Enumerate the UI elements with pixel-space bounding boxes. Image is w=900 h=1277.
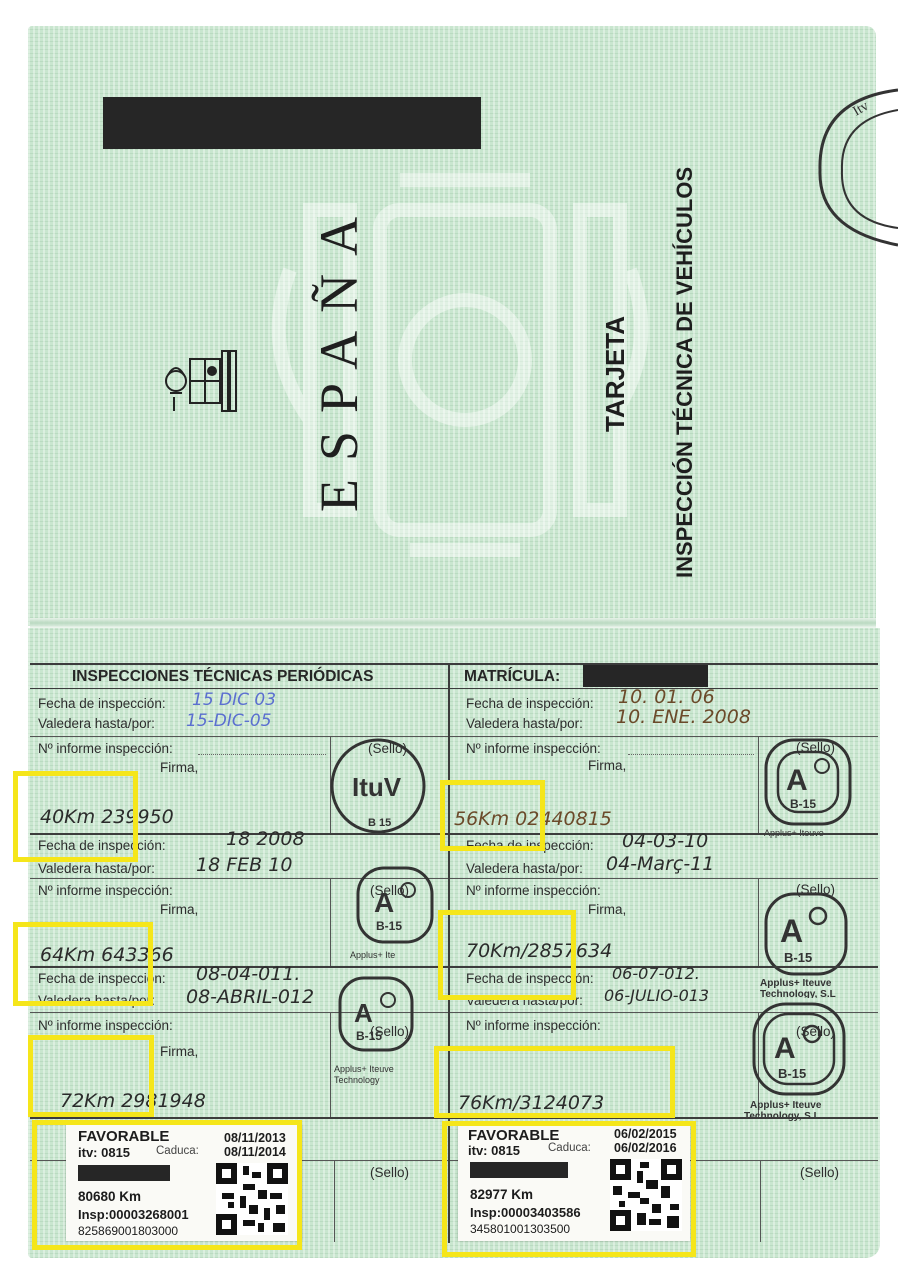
report-number-label: Nº informe inspección: [38, 1018, 173, 1033]
valid-until-value: 15-DIC-05 [186, 711, 272, 731]
periodic-inspections-header: INSPECCIONES TÉCNICAS PERIÓDICAS [72, 668, 373, 686]
report-number-label: Nº informe inspección: [466, 741, 601, 756]
applus-seal-stamp-icon: A B-15 Applus+ Iteuve [760, 732, 860, 842]
svg-text:Applus+ Ite: Applus+ Ite [350, 950, 395, 960]
plate-label: MATRÍCULA: [464, 668, 560, 686]
redacted-plate-number [583, 665, 708, 687]
applus-seal-stamp-icon: A B-15 Applus+ Iteuve Technology, S.L [740, 998, 864, 1122]
highlight-mileage-box [28, 1035, 154, 1117]
inspection-date-value: 06-07-012. [612, 964, 700, 983]
signature-label: Firma, [160, 760, 198, 775]
dotted-leader [628, 754, 754, 755]
highlight-mileage-box [13, 922, 153, 1006]
svg-text:A: A [354, 998, 373, 1028]
svg-text:ItuV: ItuV [352, 772, 402, 802]
valid-until-value: 06-JULIO-013 [604, 986, 709, 1005]
report-number-label: Nº informe inspección: [38, 741, 173, 756]
highlight-sticker-box [32, 1120, 302, 1250]
card-subtitle: TARJETA [600, 316, 631, 432]
svg-text:A: A [774, 1032, 796, 1065]
svg-text:A: A [374, 887, 394, 918]
inspection-date-value: 18 2008 [226, 828, 305, 850]
seal-label: (Sello) [800, 1165, 839, 1180]
coat-of-arms-icon [160, 345, 242, 417]
svg-text:Applus+ Iteuve: Applus+ Iteuve [334, 1064, 394, 1074]
valid-until-label: Valedera hasta/por: [38, 716, 155, 731]
highlight-mileage-box [438, 910, 576, 1000]
inspection-date-value: 04-03-10 [622, 830, 708, 852]
valid-until-label: Valedera hasta/por: [466, 716, 583, 731]
grid-line [760, 1160, 761, 1242]
highlight-mileage-box [13, 771, 138, 862]
signature-label: Firma, [588, 758, 626, 773]
grid-line [30, 688, 878, 689]
inspection-date-value: 15 DIC 03 [192, 690, 276, 710]
inspection-date-label: Fecha de inspección: [466, 696, 594, 711]
grid-line [330, 878, 331, 966]
signature-label: Firma, [588, 902, 626, 917]
svg-text:Technology: Technology [334, 1075, 380, 1085]
valid-until-value: 08-ABRIL-012 [186, 986, 314, 1008]
svg-text:Technology, S.L: Technology, S.L [760, 989, 836, 998]
svg-text:B-15: B-15 [790, 797, 816, 811]
signature-label: Firma, [160, 902, 198, 917]
dotted-leader [198, 754, 326, 755]
svg-text:B-15: B-15 [376, 919, 402, 933]
inspection-date-value: 10. 01. 06 [618, 686, 715, 708]
grid-line [758, 736, 759, 833]
svg-text:Applus+ Iteuve: Applus+ Iteuve [760, 978, 832, 989]
inspection-date-label: Fecha de inspección: [38, 696, 166, 711]
svg-text:B-15: B-15 [356, 1029, 382, 1043]
grid-line [334, 1160, 335, 1242]
card-title: INSPECCIÓN TÉCNICA DE VEHÍCULOS [672, 167, 698, 578]
iteuve-seal-stamp-icon: ItuV B 15 [318, 730, 436, 834]
applus-seal-stamp-icon: A B-15 Applus+ Iteuve Technology [330, 972, 426, 1090]
corner-itv-stamp-icon: Itv [818, 80, 898, 250]
valid-until-value: 18 FEB 10 [196, 854, 292, 876]
booklet-spine [30, 618, 876, 628]
svg-text:Applus+ Iteuve: Applus+ Iteuve [750, 1100, 822, 1111]
country-title: ESPAÑA [308, 199, 370, 512]
grid-line [450, 878, 878, 879]
valid-until-value: 10. ENE. 2008 [616, 706, 751, 728]
grid-line [30, 663, 878, 665]
valid-until-label: Valedera hasta/por: [466, 861, 583, 876]
signature-label: Firma, [160, 1044, 198, 1059]
redacted-owner-name [103, 97, 481, 149]
svg-text:A: A [780, 913, 803, 949]
svg-text:B 15: B 15 [368, 817, 391, 829]
valid-until-label: Valedera hasta/por: [38, 861, 155, 876]
inspection-date-value: 08-04-011. [196, 963, 300, 985]
highlight-mileage-box [434, 1046, 675, 1118]
report-number-label: Nº informe inspección: [466, 883, 601, 898]
applus-seal-stamp-icon: A B-15 Applus+ Iteuve Technology, S.L [756, 888, 860, 998]
valid-until-value: 04-Març-11 [606, 853, 714, 875]
highlight-sticker-box [442, 1121, 696, 1257]
applus-seal-stamp-icon: A B-15 Applus+ Ite [346, 860, 446, 968]
svg-text:B-15: B-15 [778, 1066, 806, 1081]
svg-text:A: A [786, 764, 808, 797]
report-number-label: Nº informe inspección: [38, 883, 173, 898]
report-number-label: Nº informe inspección: [466, 1018, 601, 1033]
highlight-mileage-box [440, 780, 545, 851]
svg-text:B-15: B-15 [784, 950, 812, 965]
seal-label: (Sello) [370, 1165, 409, 1180]
